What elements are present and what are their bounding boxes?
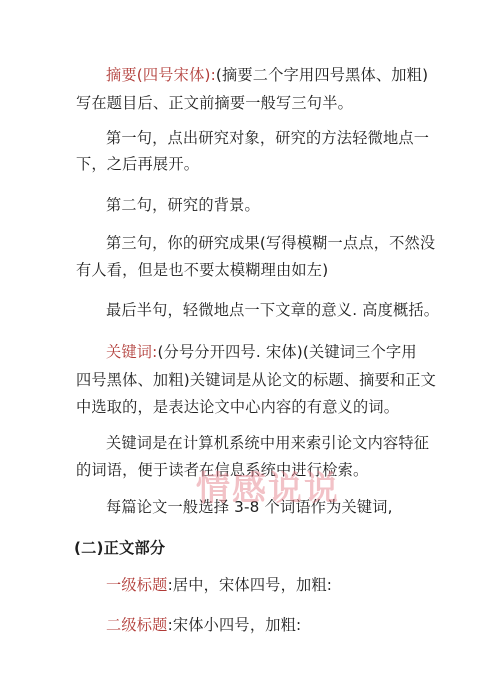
abstract-line-1: 摘要(四号宋体):(摘要二个字用四号黑体、加粗) <box>106 65 428 85</box>
level2-heading-rule: 二级标题:宋体小四号，加粗: <box>106 615 301 635</box>
keywords-note: (分号分开四号. 宋体)(关键词三个字用 <box>157 343 416 361</box>
level2-rule: :宋体小四号，加粗: <box>168 616 302 634</box>
keywords-label: 关键词: <box>106 343 157 361</box>
abstract-line-2: 写在题目后、正文前摘要一般写三句半。 <box>76 93 353 113</box>
last-half-sentence: 最后半句，轻微地点一下文章的意义. 高度概括。 <box>106 300 439 320</box>
sentence1-line-1: 第一句，点出研究对象，研究的方法轻微地点一 <box>106 128 429 148</box>
sentence1-line-2: 下，之后再展开。 <box>76 154 199 174</box>
abstract-label: 摘要(四号宋体): <box>106 66 216 84</box>
level2-label: 二级标题 <box>106 616 168 634</box>
keywords-line-3: 中选取的，是表达论文中心内容的有意义的词。 <box>76 397 399 417</box>
abstract-note: (摘要二个字用四号黑体、加粗) <box>216 66 428 84</box>
keywords-line-1: 关键词:(分号分开四号. 宋体)(关键词三个字用 <box>106 342 417 362</box>
sentence2: 第二句，研究的背景。 <box>106 195 260 215</box>
section-heading-body: (二)正文部分 <box>74 538 165 558</box>
sentence3-line-1: 第三句，你的研究成果(写得模糊一点点，不然没 <box>106 233 435 253</box>
level1-label: 一级标题 <box>106 576 168 594</box>
keywords-line-2: 四号黑体、加粗)关键词是从论文的标题、摘要和正文 <box>76 370 436 390</box>
level1-rule: :居中，宋体四号，加粗: <box>168 576 333 594</box>
level1-heading-rule: 一级标题:居中，宋体四号，加粗: <box>106 575 332 595</box>
keywords-def-line-1: 关键词是在计算机系统中用来索引论文内容特征 <box>106 433 429 453</box>
watermark-text: 情感说说 <box>196 470 340 508</box>
sentence3-line-2: 有人看，但是也不要太模糊理由如左) <box>76 260 328 280</box>
